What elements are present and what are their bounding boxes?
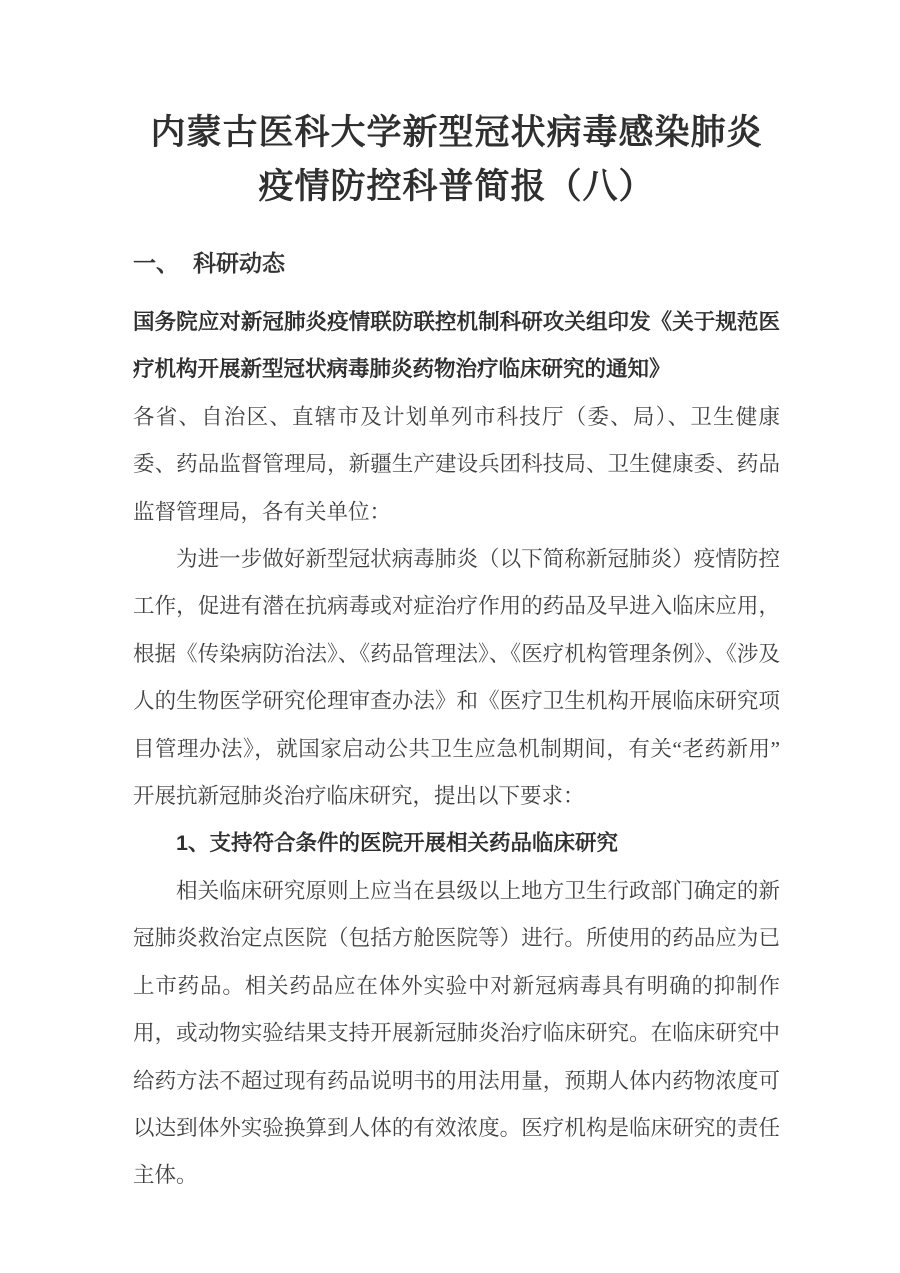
document-title: 内蒙古医科大学新型冠状病毒感染肺炎 疫情防控科普简报（八） xyxy=(133,106,780,214)
section-title: 科研动态 xyxy=(193,250,285,276)
document-title-line1: 内蒙古医科大学新型冠状病毒感染肺炎 xyxy=(133,106,780,160)
intro-paragraph: 为进一步做好新型冠状病毒肺炎（以下简称新冠肺炎）疫情防控工作，促进有潜在抗病毒或… xyxy=(133,536,780,820)
document-page: 内蒙古医科大学新型冠状病毒感染肺炎 疫情防控科普简报（八） 一、科研动态 国务院… xyxy=(0,0,900,1273)
document-body: 国务院应对新冠肺炎疫情联防联控机制科研攻关组印发《关于规范医疗机构开展新型冠状病… xyxy=(133,299,780,1200)
salutation-paragraph: 各省、自治区、直辖市及计划单列市科技厅（委、局）、卫生健康委、药品监督管理局，新… xyxy=(133,394,780,536)
section-heading: 一、科研动态 xyxy=(133,240,780,287)
document-title-line2: 疫情防控科普简报（八） xyxy=(133,160,780,214)
section-number: 一、 xyxy=(133,250,179,276)
item1-heading-paragraph: 1、支持符合条件的医院开展相关药品临床研究 xyxy=(133,820,780,867)
item1-body-paragraph: 相关临床研究原则上应当在县级以上地方卫生行政部门确定的新冠肺炎救治定点医院（包括… xyxy=(133,868,780,1200)
notice-title-paragraph: 国务院应对新冠肺炎疫情联防联控机制科研攻关组印发《关于规范医疗机构开展新型冠状病… xyxy=(133,299,780,394)
